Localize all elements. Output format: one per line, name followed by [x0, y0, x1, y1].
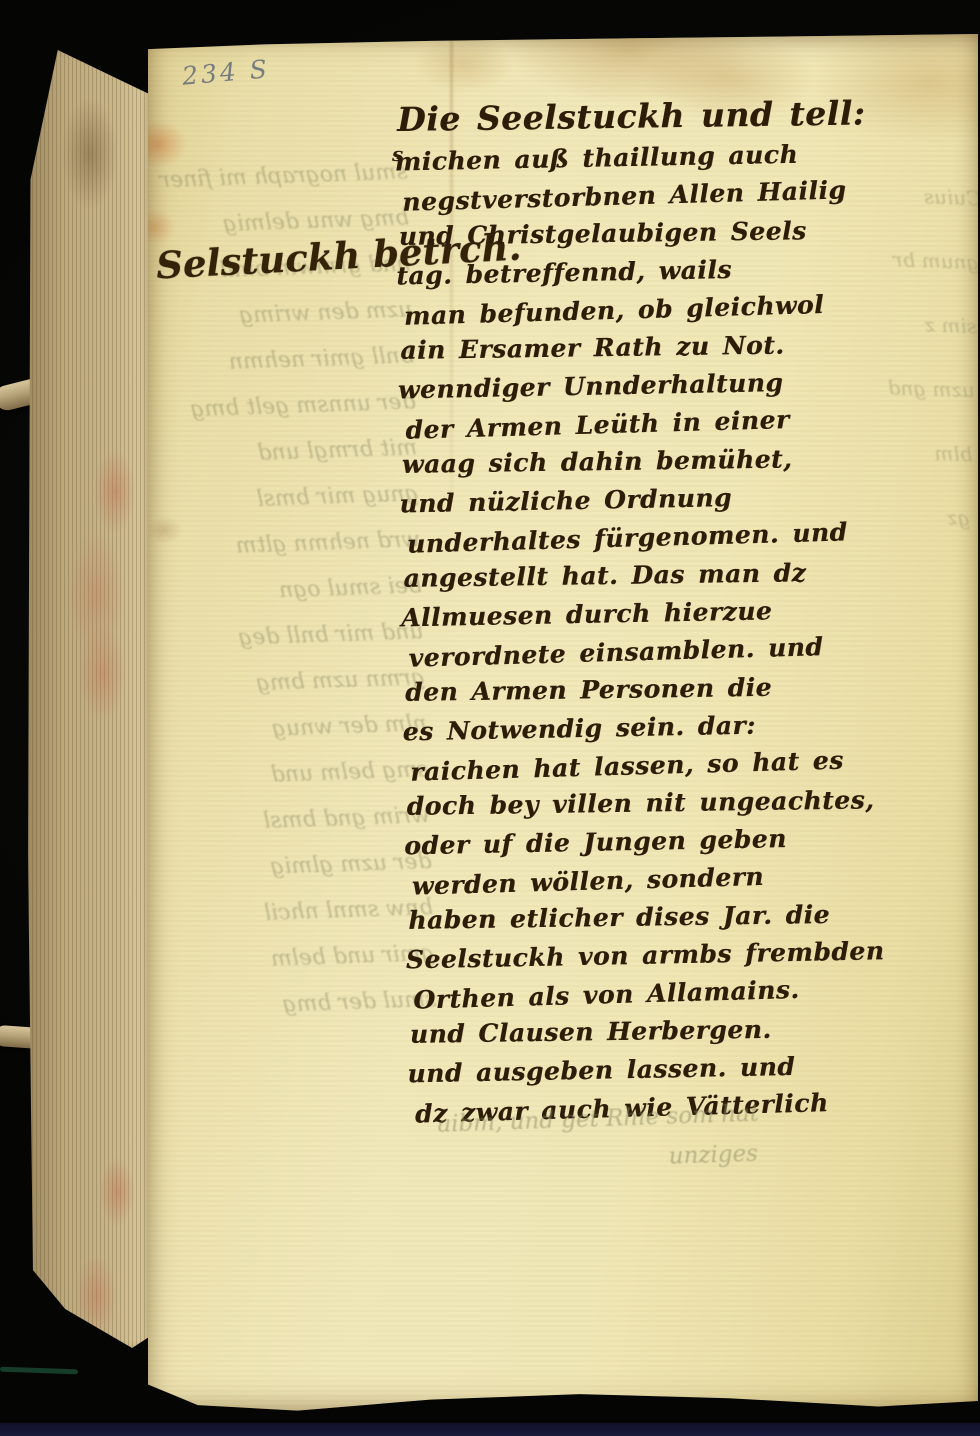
- bleedthrough-line: bnw smnl nhcil: [161, 885, 434, 940]
- bleedthrough-line: uzm den wrimg: [140, 287, 413, 342]
- manuscript-text: Die Seelstuckh und tell:michen auß thail…: [397, 90, 971, 1130]
- book-fore-edge: [28, 50, 152, 1348]
- bleedthrough-line: der unnsm gelt bmg: [143, 379, 416, 434]
- bleedthrough-line: mit brmgl und: [144, 425, 417, 480]
- bleedthrough-line: unziges: [668, 1127, 939, 1176]
- bleedthrough-line: wrim gnd bmsl: [157, 793, 430, 848]
- bleedthrough-line: smg belm und: [156, 747, 429, 802]
- bleedthrough-line: smul nograph mi finer: [135, 150, 408, 205]
- photo-scene: 234 S smul nograph mi finerbmg wnu delmi…: [0, 0, 980, 1436]
- manuscript-page: 234 S smul nograph mi finerbmg wnu delmi…: [148, 34, 978, 1412]
- bleedthrough-line: der uzm glmig: [159, 839, 432, 894]
- bleedthrough-line: und mir bnll deg: [151, 609, 424, 664]
- bleedthrough-line: bnll gmir nehmn: [141, 333, 414, 388]
- table-edge-strip: [0, 1423, 980, 1436]
- bleedthrough-line: wrd nehmn gltm: [148, 517, 421, 572]
- bleedthrough-line: grmn uzm bmg: [152, 655, 425, 710]
- bleedthrough-line: smul der bmg: [164, 977, 437, 1032]
- bleedthrough-line: gnug mir bmsl: [146, 471, 419, 526]
- bleedthrough-line: bei smul ogn: [149, 563, 422, 618]
- bleedthrough-line: nlm der wnug: [154, 701, 427, 756]
- page-number: 234 S: [181, 54, 271, 91]
- bleedthrough-line: gmir und belm: [162, 931, 435, 986]
